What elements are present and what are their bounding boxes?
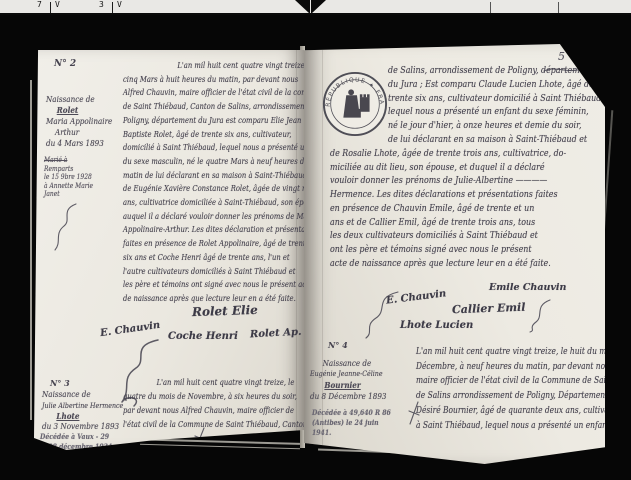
left-page: N° 2 Naissance de Rolet Maria Appolinair… [34, 50, 304, 450]
margin-title: Naissance de [310, 358, 404, 369]
mention-line: à Annette Marie [44, 182, 110, 191]
signature: Rolet Ap. [250, 327, 302, 341]
act-4-text: L'an mil huit cent quatre vingt treize, … [416, 345, 606, 433]
margin-entry-2: Naissance de Rolet Maria Appolinaire Art… [46, 94, 124, 149]
paraph-flourish-icon [522, 298, 556, 334]
margin-given-names: Eugénie Jeanne-Céline [310, 369, 404, 380]
paraph-flourish-icon [50, 202, 90, 252]
act-line: six ans et Coche Henri âgé de trente ans… [123, 252, 267, 266]
ruler-tick [112, 2, 113, 13]
act-line: auquel il a déclaré vouloir donner les p… [123, 211, 267, 225]
microfilm-ruler: 7 V 3 V [0, 0, 631, 15]
act-line: cinq Mars à huit heures du matin, par de… [123, 74, 267, 88]
act-3-text-beside-stamp: de Salins, arrondissement de Poligny, dé… [388, 65, 602, 148]
page-edge [140, 444, 300, 449]
act-line: du sexe masculin, né le quatre Mars à ne… [123, 156, 267, 170]
act-line: en présence de Chauvin Emile, âgé de tre… [330, 203, 569, 217]
act-line: de lui déclarant en sa maison à Saint-Th… [388, 134, 576, 148]
mention-line: (Antibes) le 24 juin [312, 418, 397, 428]
act-line: ans et de Callier Emil, âgé de trente tr… [330, 217, 569, 231]
ruler-tick [490, 2, 491, 13]
page-edge [30, 80, 32, 420]
mention-line: le 28 décembre 1934 [40, 442, 114, 452]
mention-line: Marié à [44, 156, 110, 165]
act-line: né le jour d'hier, à onze heures et demi… [388, 120, 576, 134]
ruler-label: 7 [37, 0, 42, 9]
ruler-label: 3 [99, 0, 104, 9]
act-line: les deux cultivateurs domiciliés à Saint… [330, 230, 569, 244]
signature: Rolet Elie [192, 303, 258, 319]
act-line: de Eugénie Xavière Constance Rolet, âgée… [123, 183, 267, 197]
margin-entry-4: Naissance de Eugénie Jeanne-Céline Bourn… [310, 358, 414, 402]
act-line: Décembre, à neuf heures du matin, par de… [416, 360, 578, 375]
margin-entry-3: Naissance de Julie Albertine Hermence Lh… [42, 390, 126, 432]
act-number: N° 3 [50, 378, 70, 388]
margin-surname: Rolet [46, 105, 116, 116]
act-line: quatre du mois de Novembre, à six heures… [123, 390, 267, 404]
act-number: N° 4 [328, 340, 348, 350]
paraph-flourish-icon [358, 288, 408, 340]
signature: Callier Emil [452, 301, 526, 317]
act-line: Baptiste Rolet, âgé de trente six ans, c… [123, 129, 267, 143]
act-line: faites en présence de Rolet Appolinaire,… [123, 238, 267, 252]
margin-date: du 8 Décembre 1893 [310, 391, 404, 402]
act-line: Poligny, département du Jura est comparu… [123, 115, 267, 129]
marginal-mention-pencil: Décédée à Vaux - 29le 28 décembre 1934 [40, 432, 130, 452]
act-line: ont les père et témoins signé avec nous … [330, 244, 569, 258]
act-line: L'an mil huit cent quatre vingt treize, … [123, 60, 267, 74]
ruler-label: V [55, 0, 60, 9]
margin-title: Naissance de [46, 94, 116, 105]
act-line: matin de lui déclarant en sa maison à Sa… [123, 170, 267, 184]
act-line: miciliée au dit lieu, son épouse, et duq… [330, 162, 569, 176]
republique-francaise-stamp-icon: RÉPUBLIQUE ✦ FRANÇAISE [321, 70, 389, 138]
act-line: ans, cultivatrice domiciliée à Saint-Thi… [123, 197, 267, 211]
ruler-tick [50, 2, 51, 13]
act-line: Appolinaire-Arthur. Les dites déclaratio… [123, 224, 267, 238]
act-line: du Jura ; Est comparu Claude Lucien Lhot… [388, 79, 576, 93]
act-line: par devant nous Alfred Chauvin, maire of… [123, 404, 267, 418]
act-line: de Saint Thiébaud, Canton de Salins, arr… [123, 101, 267, 115]
mention-line: 1941. [312, 428, 397, 438]
act-line: de Salins, arrondissement de Poligny, dé… [388, 65, 576, 79]
act-3-text-start: L'an mil huit cent quatre vingt treize, … [123, 376, 303, 432]
act-line: à Saint Thiébaud, lequel nous a présenté… [416, 419, 578, 434]
act-number: N° 2 [54, 59, 76, 69]
margin-given-names: Arthur [46, 127, 116, 138]
act-line: trente six ans, cultivateur domicilié à … [388, 93, 576, 107]
margin-given-names: Julie Albertine Hermence [42, 401, 118, 412]
margin-date: du 3 Novembre 1893 [42, 422, 118, 433]
act-line: Hermence. Les dites déclarations et prés… [330, 189, 569, 203]
marginal-mention: Marié àRempartsle 15 9bre 1928à Annette … [44, 156, 122, 199]
registration-triangle-icon [311, 0, 326, 14]
act-line: Alfred Chauvin, maire officier de l'état… [123, 87, 267, 101]
act-line: de Salins arrondissement de Poligny, Dép… [416, 389, 578, 404]
margin-surname: Bournier [310, 380, 404, 391]
registration-triangle-icon [295, 0, 310, 14]
signature: Lhote Lucien [400, 320, 473, 331]
mention-line: Décédée à 49,640 R 86 [312, 408, 397, 418]
margin-given-names: Maria Appolinaire [46, 116, 116, 127]
right-page: 5 RÉPUBLIQUE ✦ FRANÇAISE de Salins, arro… [304, 44, 605, 464]
act-2-text: L'an mil huit cent quatre vingt treize, … [123, 60, 303, 307]
margin-date: du 4 Mars 1893 [46, 138, 116, 149]
act-line: lequel nous a présenté un enfant du sexe… [388, 106, 576, 120]
ruler-tick [558, 2, 559, 13]
mention-line: Remparts [44, 165, 110, 174]
act-line: l'autre cultivateurs domiciliés à Saint … [123, 266, 267, 280]
act-line: acte de naissance après que lecture leur… [330, 258, 569, 272]
register-photograph: 7 V 3 V N° 2 Naissance de Rolet Maria Ap… [0, 0, 631, 480]
act-line: domicilié à Saint Thiébaud, lequel nous … [123, 142, 267, 156]
ruler-label: V [117, 0, 122, 9]
act-line: L'an mil huit cent quatre vingt treize, … [416, 345, 578, 360]
margin-surname: Lhote [42, 411, 118, 422]
mention-line: le 15 9bre 1928 [44, 173, 110, 182]
signature: Emile Chauvin [489, 282, 566, 293]
act-3-text-full-width: de Rosalie Lhote, âgée de trente trois a… [330, 148, 602, 271]
margin-title: Naissance de [42, 390, 118, 401]
mention-line: Décédée à Vaux - 29 [40, 432, 114, 442]
act-line: maire officier de l'état civil de la Com… [416, 374, 578, 389]
marginal-mention-pencil: Décédée à 49,640 R 86(Antibes) le 24 jui… [312, 408, 416, 438]
signature: Coche Henri [168, 331, 238, 342]
act-line: L'an mil huit cent quatre vingt treize, … [123, 376, 267, 390]
act-line: Désiré Bournier, âgé de quarante deux an… [416, 404, 578, 419]
act-line: les père et témoins ont signé avec nous … [123, 279, 267, 293]
mention-line: Janet [44, 190, 110, 199]
act-line: vouloir donner les prénoms de Julie-Albe… [330, 175, 569, 189]
act-line: de Rosalie Lhote, âgée de trente trois a… [330, 148, 569, 162]
